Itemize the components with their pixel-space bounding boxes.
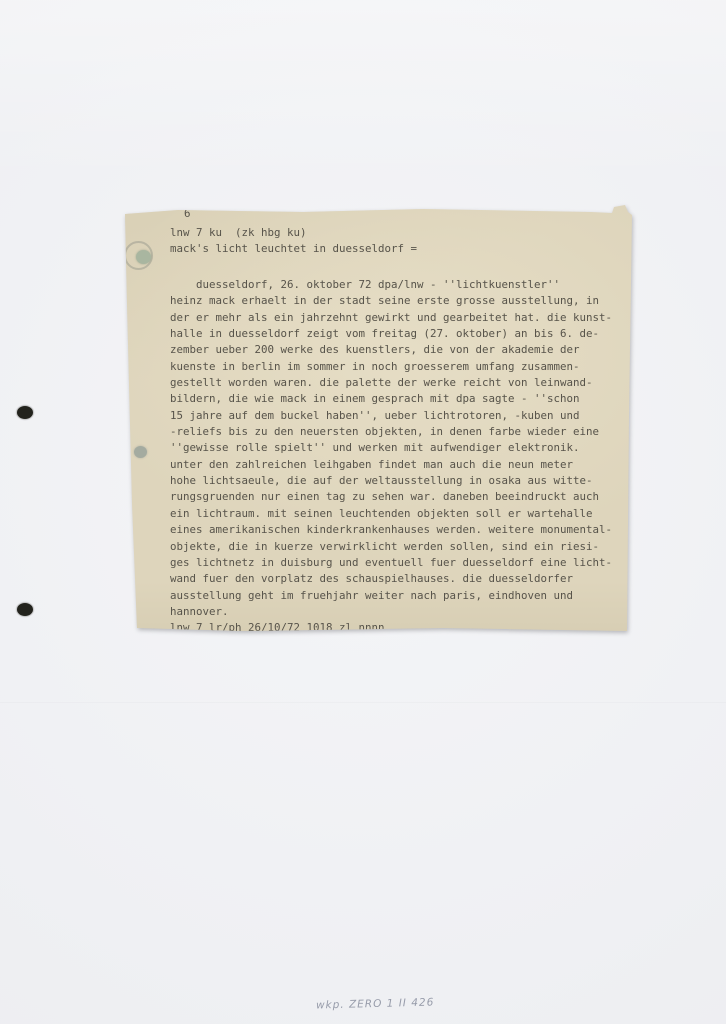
body-line: hannover. <box>170 604 612 620</box>
telex-body: duesseldorf, 26. oktober 72 dpa/lnw - ''… <box>170 277 612 637</box>
header-line: lnw 7 ku (zk hbg ku) <box>170 225 417 241</box>
body-line: zember ueber 200 werke des kuenstlers, d… <box>170 342 612 358</box>
body-line: der er mehr als ein jahrzehnt gewirkt un… <box>170 310 612 326</box>
body-lines: duesseldorf, 26. oktober 72 dpa/lnw - ''… <box>170 277 612 620</box>
page-crease <box>0 701 726 703</box>
body-line: ges lichtnetz in duisburg und eventuell … <box>170 555 612 571</box>
handwritten-archive-note: wkp. ZERO 1 II 426 <box>316 996 435 1011</box>
body-line: duesseldorf, 26. oktober 72 dpa/lnw - ''… <box>170 277 612 293</box>
punch-hole-top <box>17 406 33 419</box>
page-number: 6 <box>184 207 191 220</box>
body-line: rungsgruenden nur einen tag zu sehen war… <box>170 489 612 505</box>
footer-line: lnw 7 lr/ph 26/10/72 1018 zl nnnn <box>170 620 612 636</box>
glue-dot <box>134 446 147 458</box>
glue-dot <box>136 250 151 264</box>
telex-paper: 6 lnw 7 ku (zk hbg ku) mack's licht leuc… <box>123 204 633 632</box>
body-line: gestellt worden waren. die palette der w… <box>170 375 612 391</box>
header-line: mack's licht leuchtet in duesseldorf = <box>170 241 417 257</box>
telex-paper-wrapper: 6 lnw 7 ku (zk hbg ku) mack's licht leuc… <box>123 204 633 632</box>
punch-hole-bottom <box>17 603 33 616</box>
body-line: ausstellung geht im fruehjahr weiter nac… <box>170 588 612 604</box>
body-line: unter den zahlreichen leihgaben findet m… <box>170 457 612 473</box>
body-line: 15 jahre auf dem buckel haben'', ueber l… <box>170 408 612 424</box>
body-line: bildern, die wie mack in einem gesprach … <box>170 391 612 407</box>
body-line: ein lichtraum. mit seinen leuchtenden ob… <box>170 506 612 522</box>
body-line: ''gewisse rolle spielt'' und werken mit … <box>170 440 612 456</box>
scanned-page: 6 lnw 7 ku (zk hbg ku) mack's licht leuc… <box>0 0 726 1024</box>
body-line: objekte, die in kuerze verwirklicht werd… <box>170 539 612 555</box>
telex-header: lnw 7 ku (zk hbg ku) mack's licht leucht… <box>170 225 417 258</box>
body-line: hohe lichtsaeule, die auf der weltausste… <box>170 473 612 489</box>
body-line: kuenste in berlin im sommer in noch groe… <box>170 359 612 375</box>
body-line: halle in duesseldorf zeigt vom freitag (… <box>170 326 612 342</box>
body-line: eines amerikanischen kinderkrankenhauses… <box>170 522 612 538</box>
body-line: wand fuer den vorplatz des schauspielhau… <box>170 571 612 587</box>
body-line: heinz mack erhaelt in der stadt seine er… <box>170 293 612 309</box>
body-line: -reliefs bis zu den neuersten objekten, … <box>170 424 612 440</box>
